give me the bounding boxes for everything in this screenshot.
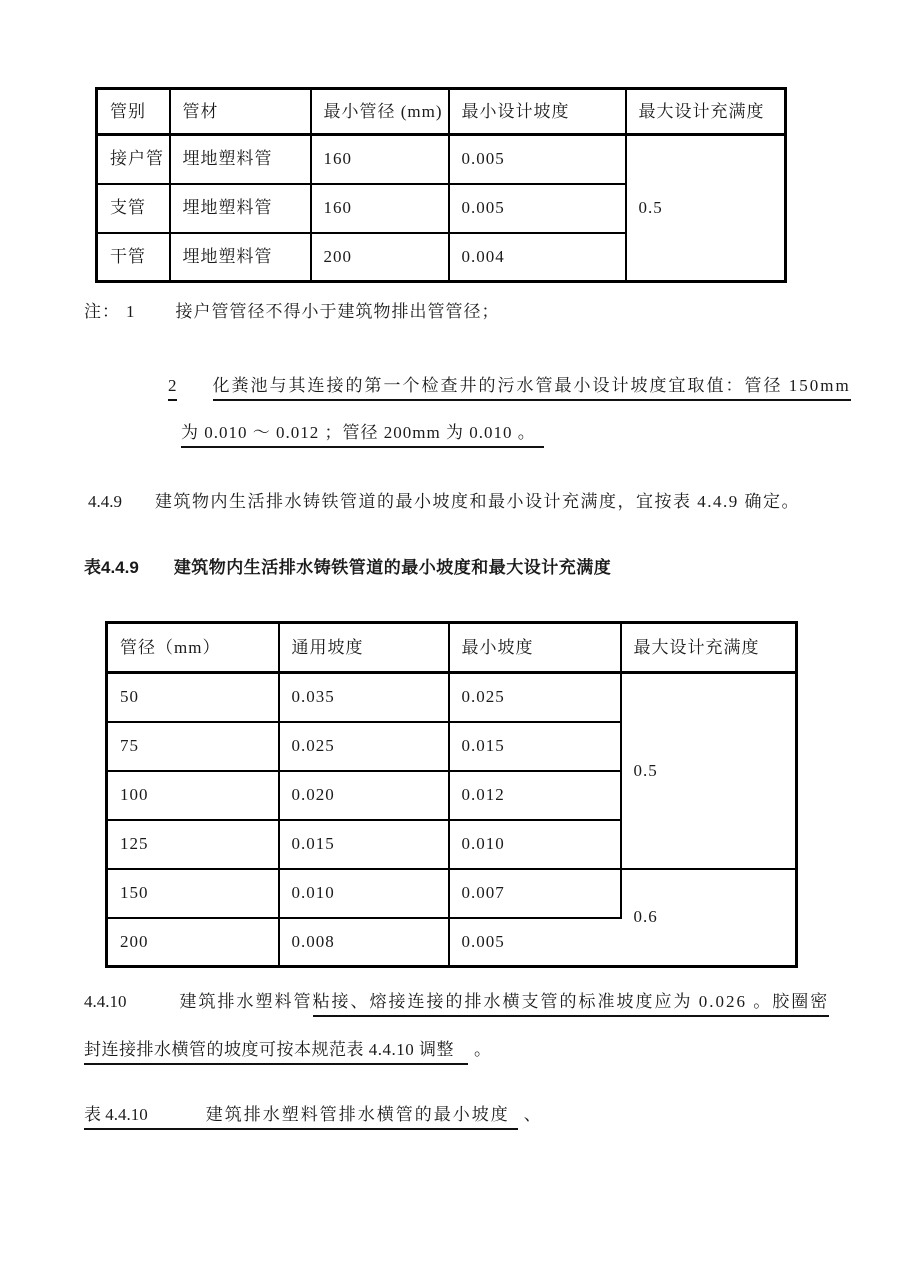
col-header: 管径（mm） xyxy=(107,623,279,673)
col-header: 最小坡度 xyxy=(449,623,621,673)
cell-min-slope: 0.012 xyxy=(449,771,621,820)
table-row: 管别 管材 最小管径 (mm) 最小设计坡度 最大设计充满度 xyxy=(97,89,786,135)
spacer xyxy=(127,1006,180,1007)
cell-slope: 0.005 xyxy=(449,135,626,184)
cell-general-slope: 0.015 xyxy=(279,820,449,869)
pipe-category-table: 管别 管材 最小管径 (mm) 最小设计坡度 最大设计充满度 接户管 埋地塑料管… xyxy=(95,87,787,283)
clause-underlined-text-2: 封连接排水横管的坡度可按本规范表 4.4.10 调整 xyxy=(84,1040,468,1065)
caption-title: 建筑物内生活排水铸铁管道的最小坡度和最大设计充满度 xyxy=(174,558,612,577)
note-1-text: 接户管管径不得小于建筑物排出管管径； xyxy=(176,302,500,321)
col-header: 最小设计坡度 xyxy=(449,89,626,135)
cell-max-fill-merged-bottom: 0.6 xyxy=(621,869,797,967)
note-1-number: 1 xyxy=(126,302,135,321)
note-2-number: 2 xyxy=(168,376,177,401)
cell-diameter: 50 xyxy=(107,673,279,722)
caption-label: 表4.4.9 xyxy=(84,558,139,577)
col-header: 最大设计充满度 xyxy=(626,89,786,135)
cell-pipe-type: 接户管 xyxy=(97,135,170,184)
note-2-text-line-2: 为 0.010 ～ 0.012 ；管径 200mm 为 0.010 。 xyxy=(181,423,544,448)
cast-iron-pipe-table: 管径（mm） 通用坡度 最小坡度 最大设计充满度 50 0.035 0.025 … xyxy=(105,621,798,968)
table-row: 150 0.010 0.007 0.6 xyxy=(107,869,797,918)
col-header: 通用坡度 xyxy=(279,623,449,673)
clause-number: 4.4.10 xyxy=(84,992,127,1011)
cell-max-fill-merged: 0.5 xyxy=(626,135,786,282)
cell-max-fill-merged-top: 0.5 xyxy=(621,673,797,869)
clause-4-4-9: 4.4.9建筑物内生活排水铸铁管道的最小坡度和最小设计充满度，宜按表 4.4.9… xyxy=(88,490,800,514)
clause-tail: 。 xyxy=(474,1040,491,1059)
cell-general-slope: 0.008 xyxy=(279,918,449,967)
cell-pipe-type: 支管 xyxy=(97,184,170,233)
clause-text: 建筑物内生活排水铸铁管道的最小坡度和最小设计充满度，宜按表 4.4.9 确定。 xyxy=(155,492,800,511)
spacer xyxy=(139,572,174,573)
cell-material: 埋地塑料管 xyxy=(170,135,311,184)
spacer xyxy=(135,316,176,317)
cell-min-slope: 0.005 xyxy=(449,918,621,967)
note-2-text-line-1: 化粪池与其连接的第一个检查井的污水管最小设计坡度宜取值：管径 150mm xyxy=(213,376,851,401)
note-label: 注： xyxy=(84,302,120,321)
clause-underlined-text-1: 粘接、熔接连接的排水横支管的标准坡度应为 0.026 。胶圈密 xyxy=(313,992,830,1017)
col-header: 管别 xyxy=(97,89,170,135)
cell-diameter: 160 xyxy=(311,184,449,233)
spacer xyxy=(177,390,213,391)
note-2-line-2: 为 0.010 ～ 0.012 ；管径 200mm 为 0.010 。 xyxy=(181,421,544,445)
cell-min-slope: 0.010 xyxy=(449,820,621,869)
cell-general-slope: 0.020 xyxy=(279,771,449,820)
note-2-line-1: 2化粪池与其连接的第一个检查井的污水管最小设计坡度宜取值：管径 150mm xyxy=(168,374,851,398)
cell-general-slope: 0.035 xyxy=(279,673,449,722)
cell-material: 埋地塑料管 xyxy=(170,184,311,233)
cell-min-slope: 0.015 xyxy=(449,722,621,771)
clause-number: 4.4.9 xyxy=(88,492,122,511)
cell-general-slope: 0.025 xyxy=(279,722,449,771)
spacer xyxy=(148,1119,206,1120)
clause-4-4-10-line-1: 4.4.10建筑排水塑料管粘接、熔接连接的排水横支管的标准坡度应为 0.026 … xyxy=(84,990,829,1014)
caption-label: 表 4.4.10 xyxy=(84,1105,148,1124)
clause-lead-text: 建筑排水塑料管 xyxy=(180,992,313,1011)
cell-diameter: 150 xyxy=(107,869,279,918)
cell-slope: 0.004 xyxy=(449,233,626,282)
cell-min-slope: 0.025 xyxy=(449,673,621,722)
cell-general-slope: 0.010 xyxy=(279,869,449,918)
cell-min-slope: 0.007 xyxy=(449,869,621,918)
table-4-4-9-caption: 表4.4.9建筑物内生活排水铸铁管道的最小坡度和最大设计充满度 xyxy=(84,556,611,580)
spacer xyxy=(122,506,155,507)
cell-diameter: 200 xyxy=(107,918,279,967)
table-4-4-10-caption: 表 4.4.10建筑排水塑料管排水横管的最小坡度、 xyxy=(84,1103,541,1127)
cell-diameter: 160 xyxy=(311,135,449,184)
cell-diameter: 75 xyxy=(107,722,279,771)
document-page: { "t1": { "headers": ["管别", "管材", "最小管径 … xyxy=(0,0,900,1273)
cell-pipe-type: 干管 xyxy=(97,233,170,282)
note-1-line: 注：1接户管管径不得小于建筑物排出管管径； xyxy=(84,300,500,324)
col-header: 最小管径 (mm) xyxy=(311,89,449,135)
clause-4-4-10-line-2: 封连接排水横管的坡度可按本规范表 4.4.10 调整。 xyxy=(84,1038,491,1062)
caption-title: 建筑排水塑料管排水横管的最小坡度 xyxy=(206,1105,510,1124)
col-header: 管材 xyxy=(170,89,311,135)
cell-material: 埋地塑料管 xyxy=(170,233,311,282)
caption-tail: 、 xyxy=(524,1105,541,1124)
table-row: 50 0.035 0.025 0.5 xyxy=(107,673,797,722)
cell-slope: 0.005 xyxy=(449,184,626,233)
col-header: 最大设计充满度 xyxy=(621,623,797,673)
table-pipe-category-min-slope: 管别 管材 最小管径 (mm) 最小设计坡度 最大设计充满度 接户管 埋地塑料管… xyxy=(95,87,787,283)
table-row: 管径（mm） 通用坡度 最小坡度 最大设计充满度 xyxy=(107,623,797,673)
cell-diameter: 100 xyxy=(107,771,279,820)
table-4-4-9-cast-iron-pipe: 管径（mm） 通用坡度 最小坡度 最大设计充满度 50 0.035 0.025 … xyxy=(105,621,798,968)
cell-diameter: 200 xyxy=(311,233,449,282)
table-row: 接户管 埋地塑料管 160 0.005 0.5 xyxy=(97,135,786,184)
caption-underlined: 表 4.4.10建筑排水塑料管排水横管的最小坡度 xyxy=(84,1105,518,1130)
cell-diameter: 125 xyxy=(107,820,279,869)
